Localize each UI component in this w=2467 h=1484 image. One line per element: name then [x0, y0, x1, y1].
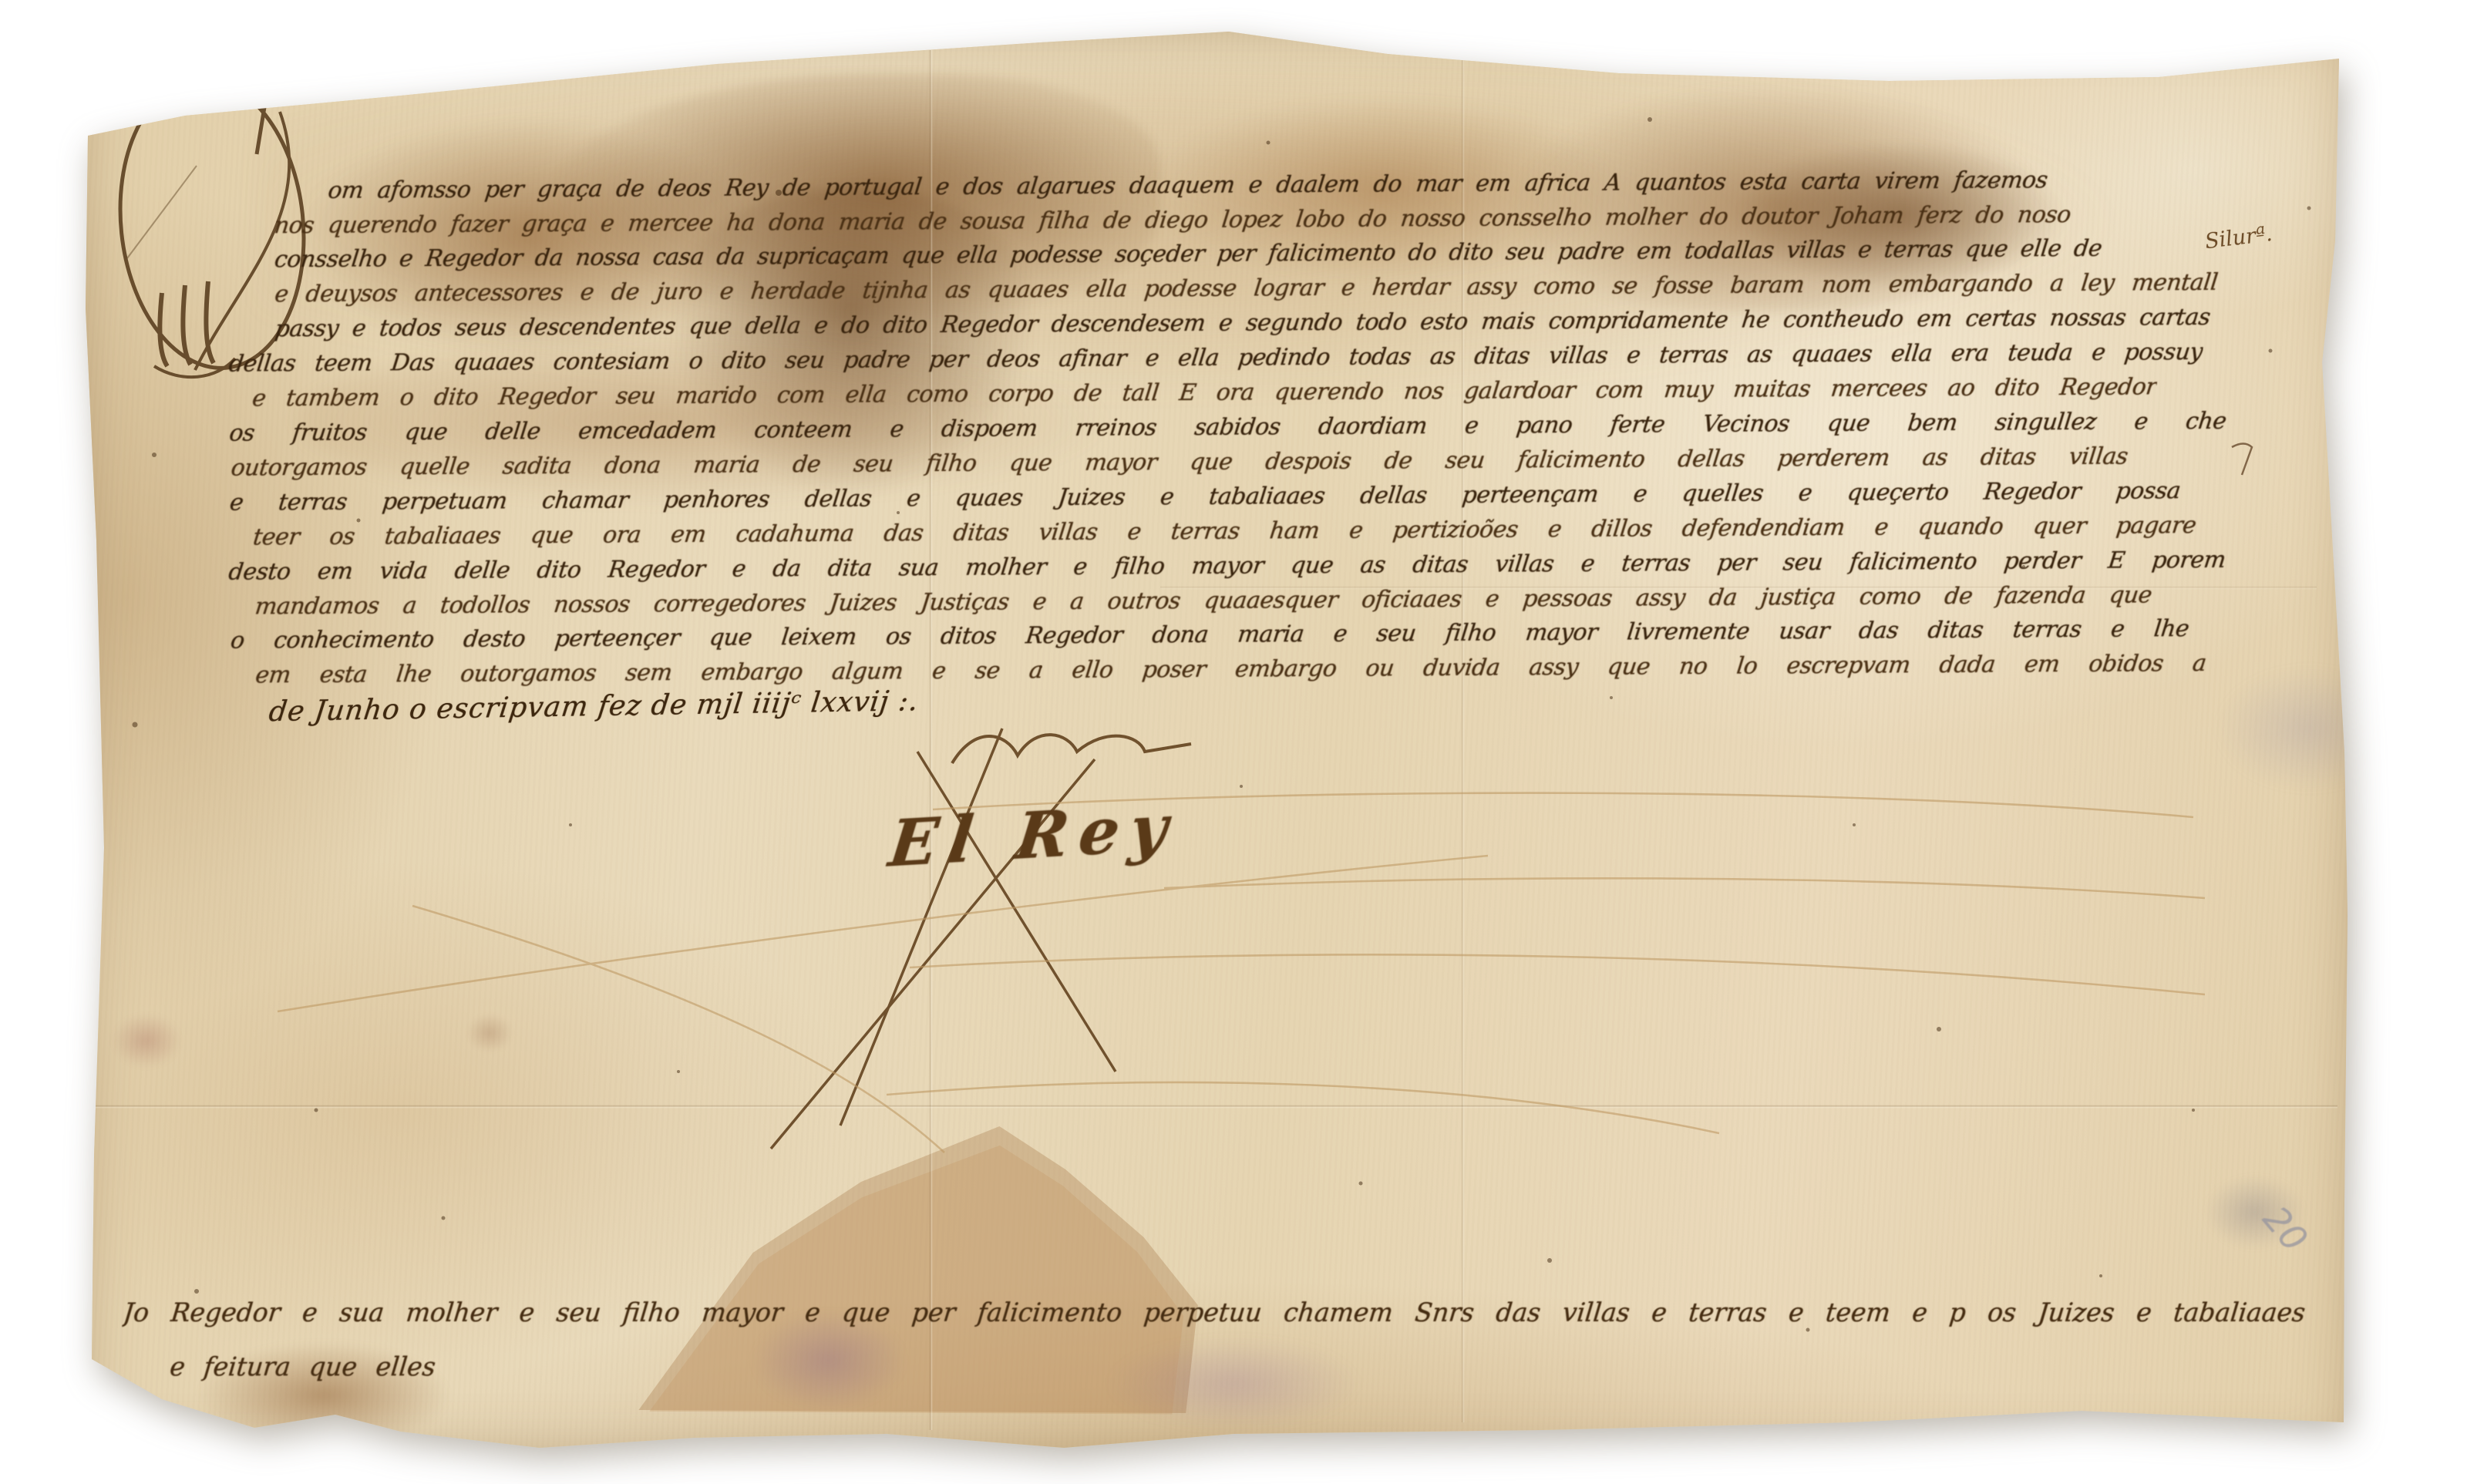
docket-line-1: Jo Regedor e sua molher e seu filho mayo…	[121, 1297, 2307, 1336]
royal-signature: El Rey	[885, 790, 1182, 882]
parchment-wrapper: om afomsso per graça de deos Rey de port…	[81, 27, 2351, 1453]
photo-stage: om afomsso per graça de deos Rey de port…	[0, 0, 2467, 1484]
manuscript-text-block: om afomsso per graça de deos Rey de port…	[76, 20, 2355, 1460]
docket-line-2: e feitura que elles	[167, 1351, 649, 1390]
parchment-sheet: om afomsso per graça de deos Rey de port…	[81, 27, 2351, 1453]
